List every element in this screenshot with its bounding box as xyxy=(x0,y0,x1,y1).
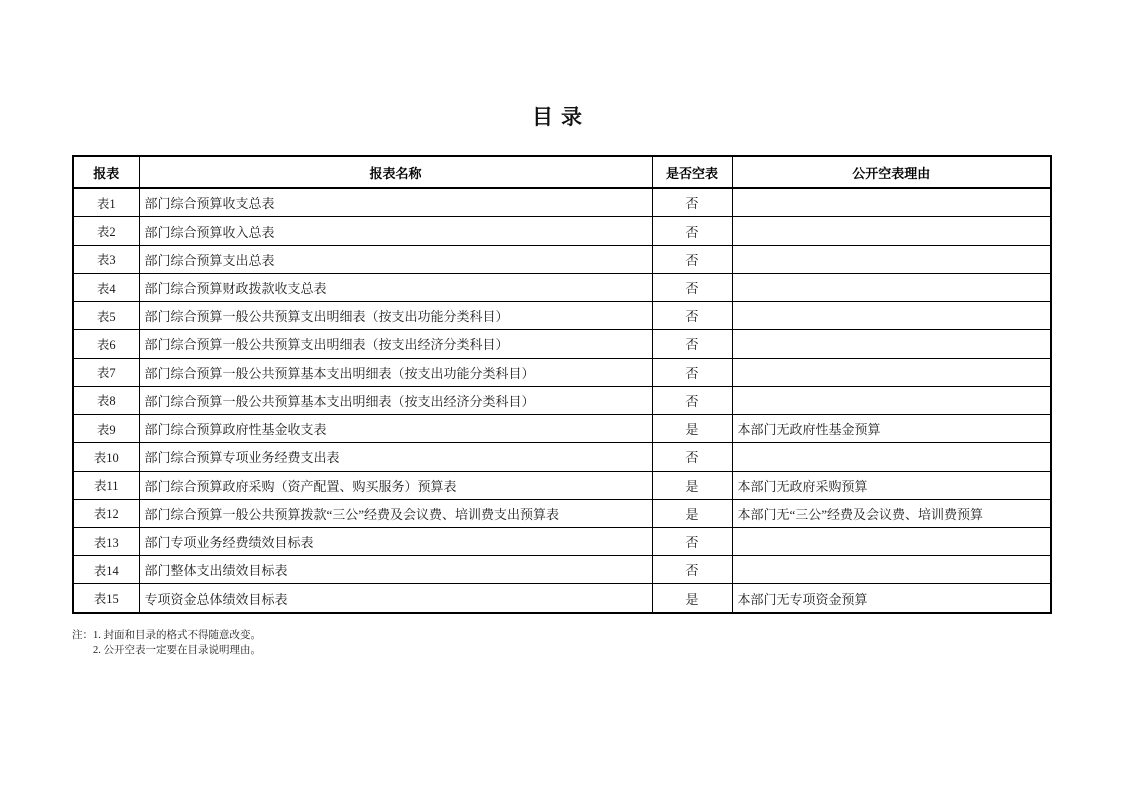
empty-reason-cell: 本部门无政府采购预算 xyxy=(732,471,1051,499)
empty-reason-cell xyxy=(732,245,1051,273)
empty-reason-cell xyxy=(732,358,1051,386)
is-empty-cell: 是 xyxy=(652,415,732,443)
empty-reason-cell xyxy=(732,443,1051,471)
is-empty-cell: 否 xyxy=(652,217,732,245)
table-row: 表8部门综合预算一般公共预算基本支出明细表（按支出经济分类科目）否 xyxy=(73,386,1051,414)
note-line: 1. 封面和目录的格式不得随意改变。 xyxy=(93,628,261,643)
empty-reason-cell: 本部门无专项资金预算 xyxy=(732,584,1051,613)
column-header: 是否空表 xyxy=(652,156,732,188)
report-name-cell: 部门综合预算财政拨款收支总表 xyxy=(139,273,652,301)
is-empty-cell: 是 xyxy=(652,584,732,613)
report-id-cell: 表6 xyxy=(73,330,139,358)
table-header-row: 报表报表名称是否空表公开空表理由 xyxy=(73,156,1051,188)
table-row: 表7部门综合预算一般公共预算基本支出明细表（按支出功能分类科目）否 xyxy=(73,358,1051,386)
empty-reason-cell xyxy=(732,188,1051,217)
empty-reason-cell xyxy=(732,330,1051,358)
table-row: 表9部门综合预算政府性基金收支表是本部门无政府性基金预算 xyxy=(73,415,1051,443)
report-id-cell: 表2 xyxy=(73,217,139,245)
table-row: 表11部门综合预算政府采购（资产配置、购买服务）预算表是本部门无政府采购预算 xyxy=(73,471,1051,499)
empty-reason-cell xyxy=(732,302,1051,330)
table-row: 表15专项资金总体绩效目标表是本部门无专项资金预算 xyxy=(73,584,1051,613)
column-header: 公开空表理由 xyxy=(732,156,1051,188)
report-name-cell: 部门专项业务经费绩效目标表 xyxy=(139,528,652,556)
is-empty-cell: 是 xyxy=(652,471,732,499)
table-row: 表13部门专项业务经费绩效目标表否 xyxy=(73,528,1051,556)
column-header: 报表 xyxy=(73,156,139,188)
table-row: 表1部门综合预算收支总表否 xyxy=(73,188,1051,217)
is-empty-cell: 否 xyxy=(652,330,732,358)
toc-table: 报表报表名称是否空表公开空表理由 表1部门综合预算收支总表否表2部门综合预算收入… xyxy=(72,155,1052,614)
report-id-cell: 表9 xyxy=(73,415,139,443)
column-header: 报表名称 xyxy=(139,156,652,188)
report-name-cell: 部门综合预算一般公共预算支出明细表（按支出经济分类科目） xyxy=(139,330,652,358)
empty-reason-cell xyxy=(732,217,1051,245)
report-name-cell: 部门综合预算一般公共预算基本支出明细表（按支出功能分类科目） xyxy=(139,358,652,386)
report-name-cell: 部门综合预算收入总表 xyxy=(139,217,652,245)
report-name-cell: 部门综合预算一般公共预算基本支出明细表（按支出经济分类科目） xyxy=(139,386,652,414)
report-id-cell: 表12 xyxy=(73,499,139,527)
note-line: 2. 公开空表一定要在目录说明理由。 xyxy=(93,643,261,658)
report-id-cell: 表8 xyxy=(73,386,139,414)
report-id-cell: 表13 xyxy=(73,528,139,556)
empty-reason-cell: 本部门无“三公”经费及会议费、培训费预算 xyxy=(732,499,1051,527)
report-name-cell: 部门综合预算一般公共预算支出明细表（按支出功能分类科目） xyxy=(139,302,652,330)
table-row: 表10部门综合预算专项业务经费支出表否 xyxy=(73,443,1051,471)
is-empty-cell: 否 xyxy=(652,556,732,584)
document-page: 目录 报表报表名称是否空表公开空表理由 表1部门综合预算收支总表否表2部门综合预… xyxy=(0,0,1122,793)
empty-reason-cell xyxy=(732,273,1051,301)
is-empty-cell: 否 xyxy=(652,188,732,217)
table-row: 表2部门综合预算收入总表否 xyxy=(73,217,1051,245)
table-row: 表14部门整体支出绩效目标表否 xyxy=(73,556,1051,584)
notes-lines: 1. 封面和目录的格式不得随意改变。2. 公开空表一定要在目录说明理由。 xyxy=(93,628,261,658)
empty-reason-cell xyxy=(732,528,1051,556)
report-name-cell: 部门综合预算政府性基金收支表 xyxy=(139,415,652,443)
table-row: 表5部门综合预算一般公共预算支出明细表（按支出功能分类科目）否 xyxy=(73,302,1051,330)
is-empty-cell: 否 xyxy=(652,273,732,301)
notes-prefix: 注： xyxy=(72,628,93,643)
report-id-cell: 表5 xyxy=(73,302,139,330)
is-empty-cell: 是 xyxy=(652,499,732,527)
report-name-cell: 专项资金总体绩效目标表 xyxy=(139,584,652,613)
empty-reason-cell: 本部门无政府性基金预算 xyxy=(732,415,1051,443)
report-id-cell: 表7 xyxy=(73,358,139,386)
report-name-cell: 部门综合预算专项业务经费支出表 xyxy=(139,443,652,471)
is-empty-cell: 否 xyxy=(652,443,732,471)
report-id-cell: 表11 xyxy=(73,471,139,499)
table-row: 表4部门综合预算财政拨款收支总表否 xyxy=(73,273,1051,301)
is-empty-cell: 否 xyxy=(652,245,732,273)
report-id-cell: 表14 xyxy=(73,556,139,584)
is-empty-cell: 否 xyxy=(652,302,732,330)
is-empty-cell: 否 xyxy=(652,528,732,556)
report-name-cell: 部门综合预算政府采购（资产配置、购买服务）预算表 xyxy=(139,471,652,499)
report-id-cell: 表4 xyxy=(73,273,139,301)
report-name-cell: 部门整体支出绩效目标表 xyxy=(139,556,652,584)
empty-reason-cell xyxy=(732,386,1051,414)
empty-reason-cell xyxy=(732,556,1051,584)
report-id-cell: 表10 xyxy=(73,443,139,471)
report-name-cell: 部门综合预算一般公共预算拨款“三公”经费及会议费、培训费支出预算表 xyxy=(139,499,652,527)
report-id-cell: 表3 xyxy=(73,245,139,273)
report-id-cell: 表15 xyxy=(73,584,139,613)
is-empty-cell: 否 xyxy=(652,386,732,414)
report-name-cell: 部门综合预算支出总表 xyxy=(139,245,652,273)
report-id-cell: 表1 xyxy=(73,188,139,217)
table-row: 表12部门综合预算一般公共预算拨款“三公”经费及会议费、培训费支出预算表是本部门… xyxy=(73,499,1051,527)
report-name-cell: 部门综合预算收支总表 xyxy=(139,188,652,217)
table-header: 报表报表名称是否空表公开空表理由 xyxy=(73,156,1051,188)
notes: 注： 1. 封面和目录的格式不得随意改变。2. 公开空表一定要在目录说明理由。 xyxy=(72,628,261,658)
page-title: 目录 xyxy=(0,101,1122,131)
is-empty-cell: 否 xyxy=(652,358,732,386)
table-row: 表3部门综合预算支出总表否 xyxy=(73,245,1051,273)
table-row: 表6部门综合预算一般公共预算支出明细表（按支出经济分类科目）否 xyxy=(73,330,1051,358)
